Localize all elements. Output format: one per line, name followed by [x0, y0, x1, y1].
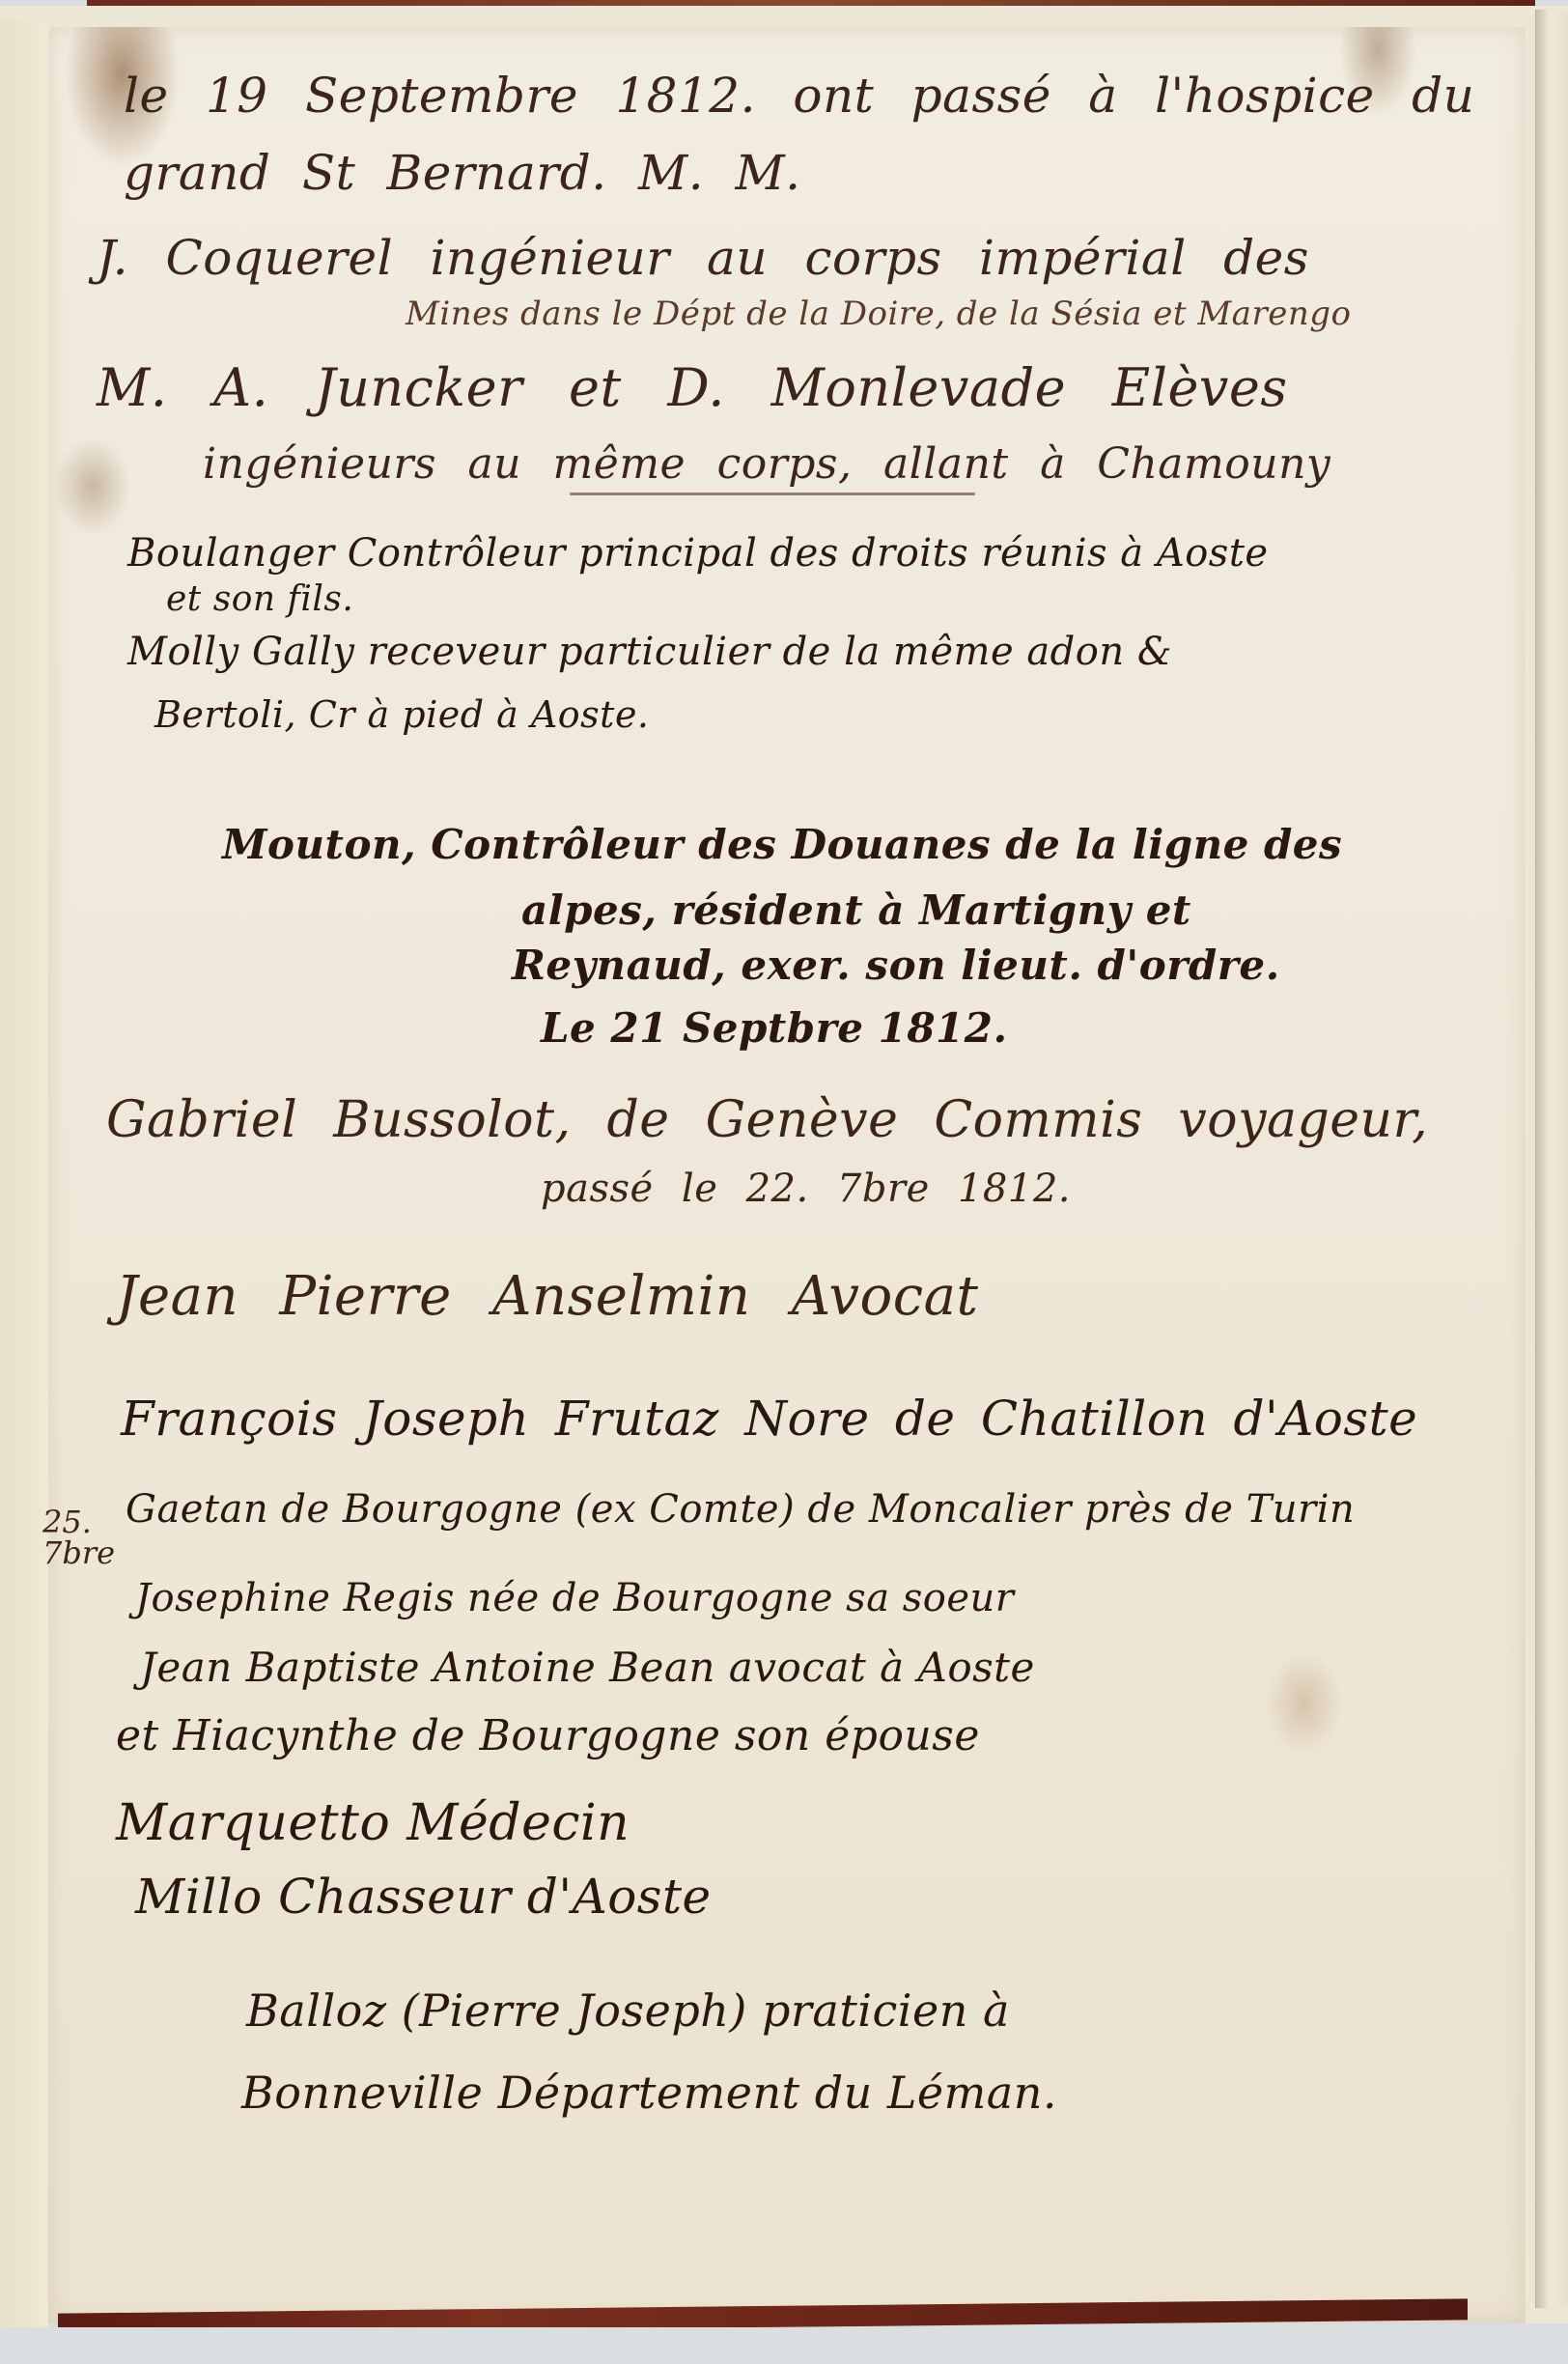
entry-coquerel-line-2: Mines dans le Dépt de la Doire, de la Sé…	[406, 295, 1351, 333]
entry-bourgogne-line-4: et Hiacynthe de Bourgogne son épouse	[116, 1711, 980, 1760]
margin-date-note: 25. 7bre	[42, 1506, 115, 1568]
entry-heading-line-1: le 19 Septembre 1812. ont passé à l'hosp…	[124, 68, 1474, 124]
entry-bourgogne-line-1: Gaetan de Bourgogne (ex Comte) de Moncal…	[126, 1487, 1355, 1532]
entry-bourgogne-line-2: Josephine Regis née de Bourgogne sa soeu…	[135, 1576, 1014, 1620]
entry-millo: Millo Chasseur d'Aoste	[135, 1869, 712, 1925]
separator-rule	[570, 492, 975, 495]
entry-boulanger-line-2: et son fils.	[166, 579, 353, 619]
entry-heading-line-2: grand St Bernard. M. M.	[124, 145, 801, 201]
margin-note-day: 25.	[42, 1506, 115, 1537]
entry-bourgogne-line-3: Jean Baptiste Antoine Bean avocat à Aost…	[140, 1644, 1035, 1691]
entry-mouton-line-2: alpes, résident à Martigny et	[521, 886, 1191, 934]
entry-mouton-date: Le 21 Septbre 1812.	[541, 1004, 1008, 1052]
right-page-edge	[1535, 10, 1568, 2308]
entry-anselmin: Jean Pierre Anselmin Avocat	[116, 1265, 979, 1328]
entry-bussolot-line-1: Gabriel Bussolot, de Genève Commis voyag…	[106, 1091, 1428, 1149]
entry-juncker-line-1: M. A. Juncker et D. Monlevade Elèves	[97, 357, 1288, 418]
entry-marquetto: Marquetto Médecin	[116, 1794, 630, 1852]
entry-gally-line-1: Molly Gally receveur particulier de la m…	[127, 630, 1172, 674]
entry-balloz-line-1: Balloz (Pierre Joseph) praticien à	[246, 1984, 1010, 2037]
entry-mouton-line-3: Reynaud, exer. son lieut. d'ordre.	[512, 942, 1280, 989]
left-page-edge	[0, 19, 48, 2327]
entry-gally-line-2: Bertoli, Cr à pied à Aoste.	[154, 693, 650, 736]
entry-balloz-line-2: Bonneville Département du Léman.	[241, 2067, 1057, 2119]
entry-frutaz: François Joseph Frutaz Nore de Chatillon…	[121, 1391, 1417, 1447]
entry-juncker-line-2: ingénieurs au même corps, allant à Chamo…	[203, 439, 1330, 489]
entry-coquerel-line-1: J. Coquerel ingénieur au corps impérial …	[97, 230, 1309, 286]
entry-bussolot-line-2: passé le 22. 7bre 1812.	[541, 1167, 1071, 1211]
scan-background	[0, 2327, 1568, 2364]
entry-mouton-line-1: Mouton, Contrôleur des Douanes de la lig…	[222, 821, 1342, 868]
entry-boulanger-line-1: Boulanger Contrôleur principal des droit…	[127, 531, 1269, 576]
margin-note-month: 7bre	[42, 1537, 115, 1568]
